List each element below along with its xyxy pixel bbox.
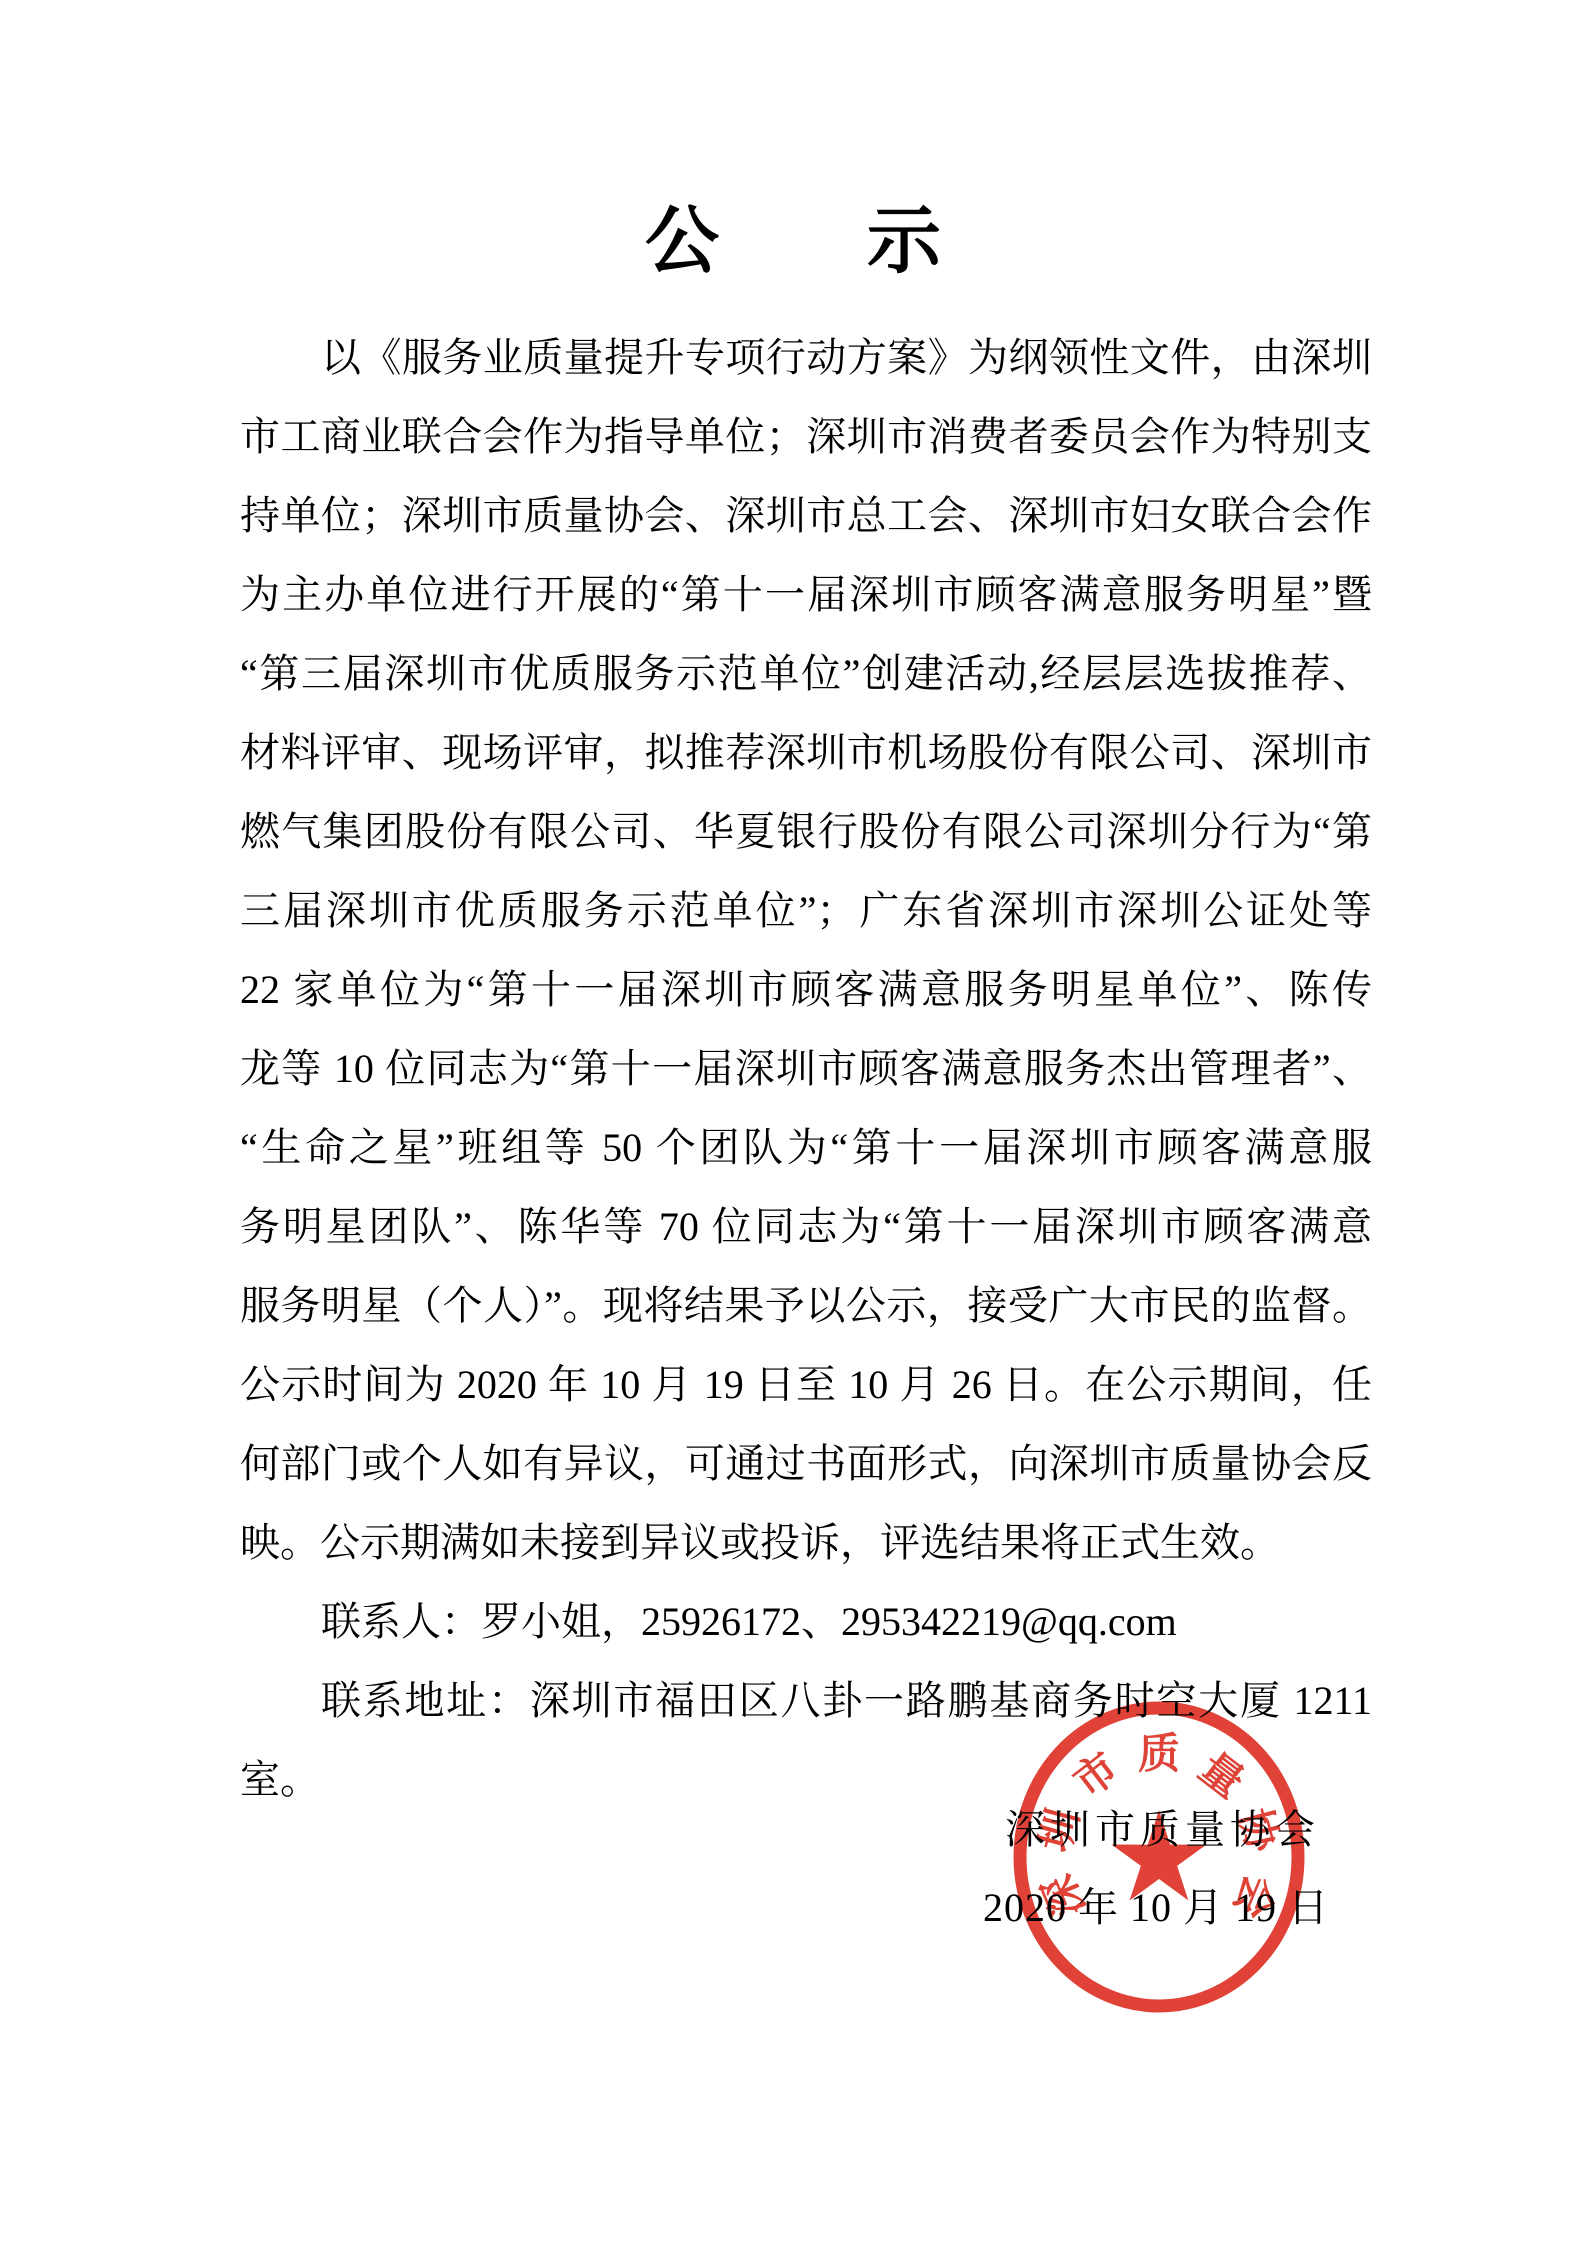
body-line: 为主办单位进行开展的“第十一届深圳市顾客满意服务明星”暨	[240, 555, 1372, 634]
body-line: “第三届深圳市优质服务示范单位”创建活动,经层层选拔推荐、	[240, 634, 1372, 713]
body-line: 三届深圳市优质服务示范单位”；广东省深圳市深圳公证处等	[240, 871, 1372, 950]
document-body: 以《服务业质量提升专项行动方案》为纲领性文件，由深圳市工商业联合会作为指导单位；…	[240, 318, 1372, 1819]
body-line: 持单位；深圳市质量协会、深圳市总工会、深圳市妇女联合会作	[240, 476, 1372, 555]
body-line: 材料评审、现场评审，拟推荐深圳市机场股份有限公司、深圳市	[240, 713, 1372, 792]
announcement-page: 公 示 以《服务业质量提升专项行动方案》为纲领性文件，由深圳市工商业联合会作为指…	[0, 0, 1586, 2244]
signature-date: 2020 年 10 月 19 日	[983, 1876, 1329, 1933]
body-line: 联系人：罗小姐，25926172、295342219@qq.com	[240, 1582, 1372, 1661]
body-line: “生命之星”班组等 50 个团队为“第十一届深圳市顾客满意服	[240, 1108, 1372, 1187]
body-line: 何部门或个人如有异议，可通过书面形式，向深圳市质量协会反	[240, 1424, 1372, 1503]
body-line: 公示时间为 2020 年 10 月 19 日至 10 月 26 日。在公示期间，…	[240, 1345, 1372, 1424]
body-line: 市工商业联合会作为指导单位；深圳市消费者委员会作为特别支	[240, 397, 1372, 476]
body-line: 22 家单位为“第十一届深圳市顾客满意服务明星单位”、陈传	[240, 950, 1372, 1029]
body-line: 以《服务业质量提升专项行动方案》为纲领性文件，由深圳	[240, 318, 1372, 397]
body-line: 联系地址：深圳市福田区八卦一路鹏基商务时空大厦 1211	[240, 1661, 1372, 1740]
body-line: 燃气集团股份有限公司、华夏银行股份有限公司深圳分行为“第	[240, 792, 1372, 871]
body-line: 龙等 10 位同志为“第十一届深圳市顾客满意服务杰出管理者”、	[240, 1029, 1372, 1108]
page-title: 公 示	[0, 182, 1586, 288]
body-line: 务明星团队”、陈华等 70 位同志为“第十一届深圳市顾客满意	[240, 1187, 1372, 1266]
body-line: 服务明星（个人）”。现将结果予以公示，接受广大市民的监督。	[240, 1266, 1372, 1345]
body-line: 映。公示期满如未接到异议或投诉，评选结果将正式生效。	[240, 1503, 1372, 1582]
signature-organization: 深圳市质量协会	[1005, 1798, 1320, 1855]
